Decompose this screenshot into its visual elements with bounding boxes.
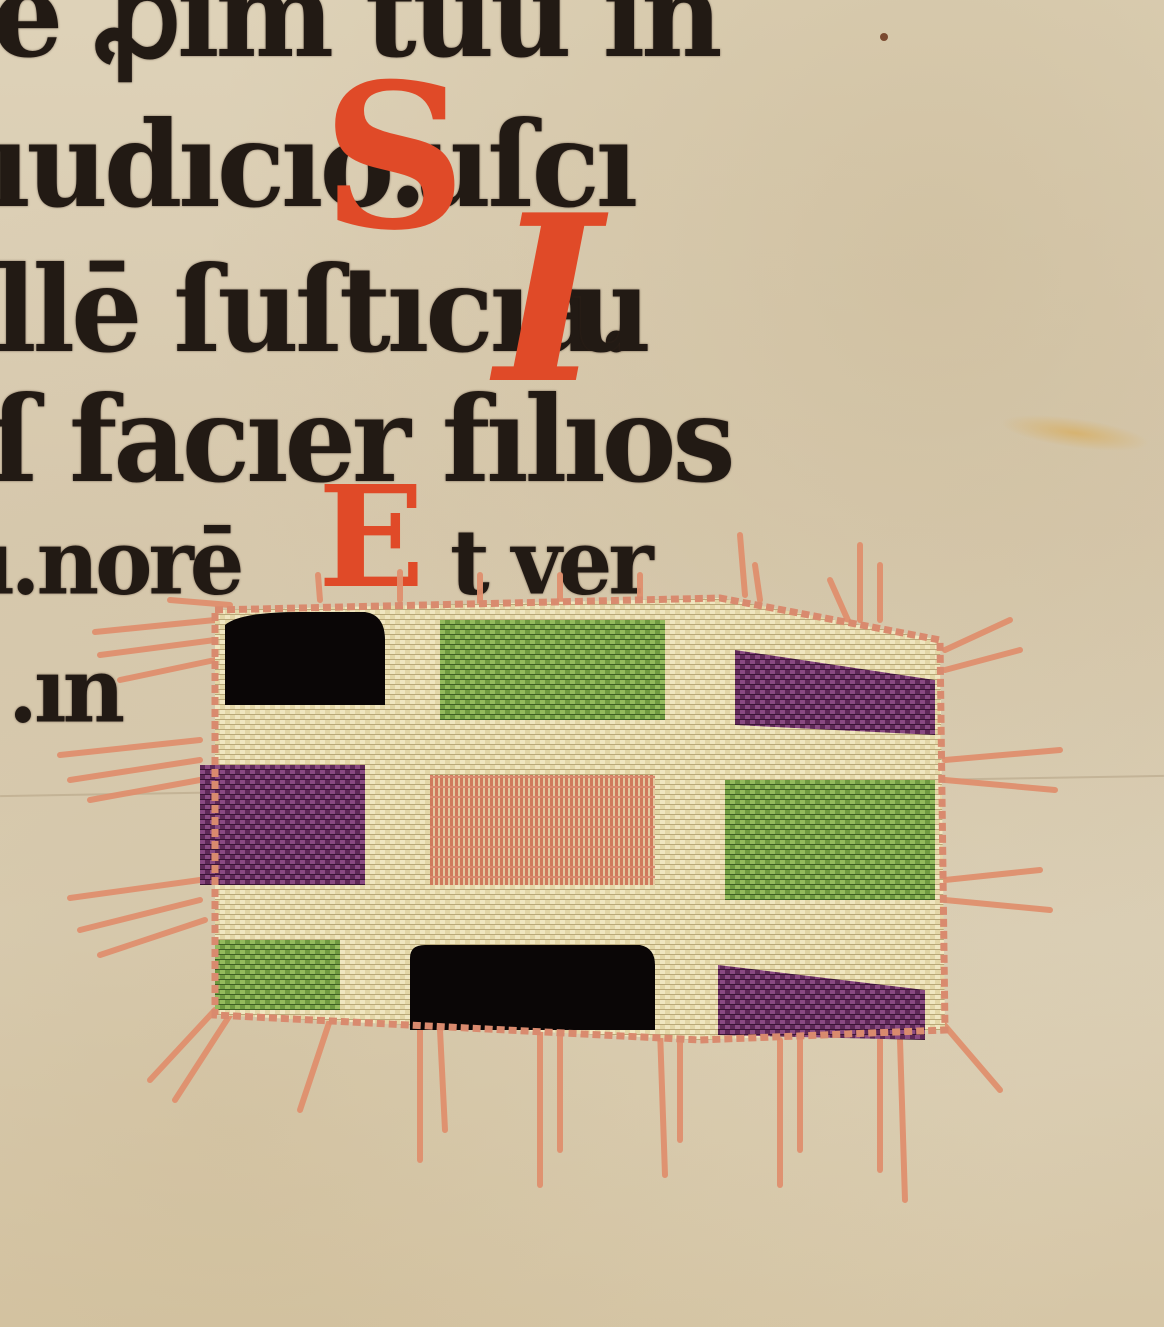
- green-block-top: [440, 620, 665, 720]
- hole-bottom-center: [410, 945, 655, 1030]
- purple-block-middle-left: [200, 765, 365, 885]
- green-block-middle-right: [725, 780, 935, 900]
- hole-top-left: [225, 612, 385, 705]
- green-block-bottom-left: [215, 940, 340, 1010]
- embroidered-patch: [0, 0, 1164, 1327]
- salmon-block-center: [430, 775, 655, 885]
